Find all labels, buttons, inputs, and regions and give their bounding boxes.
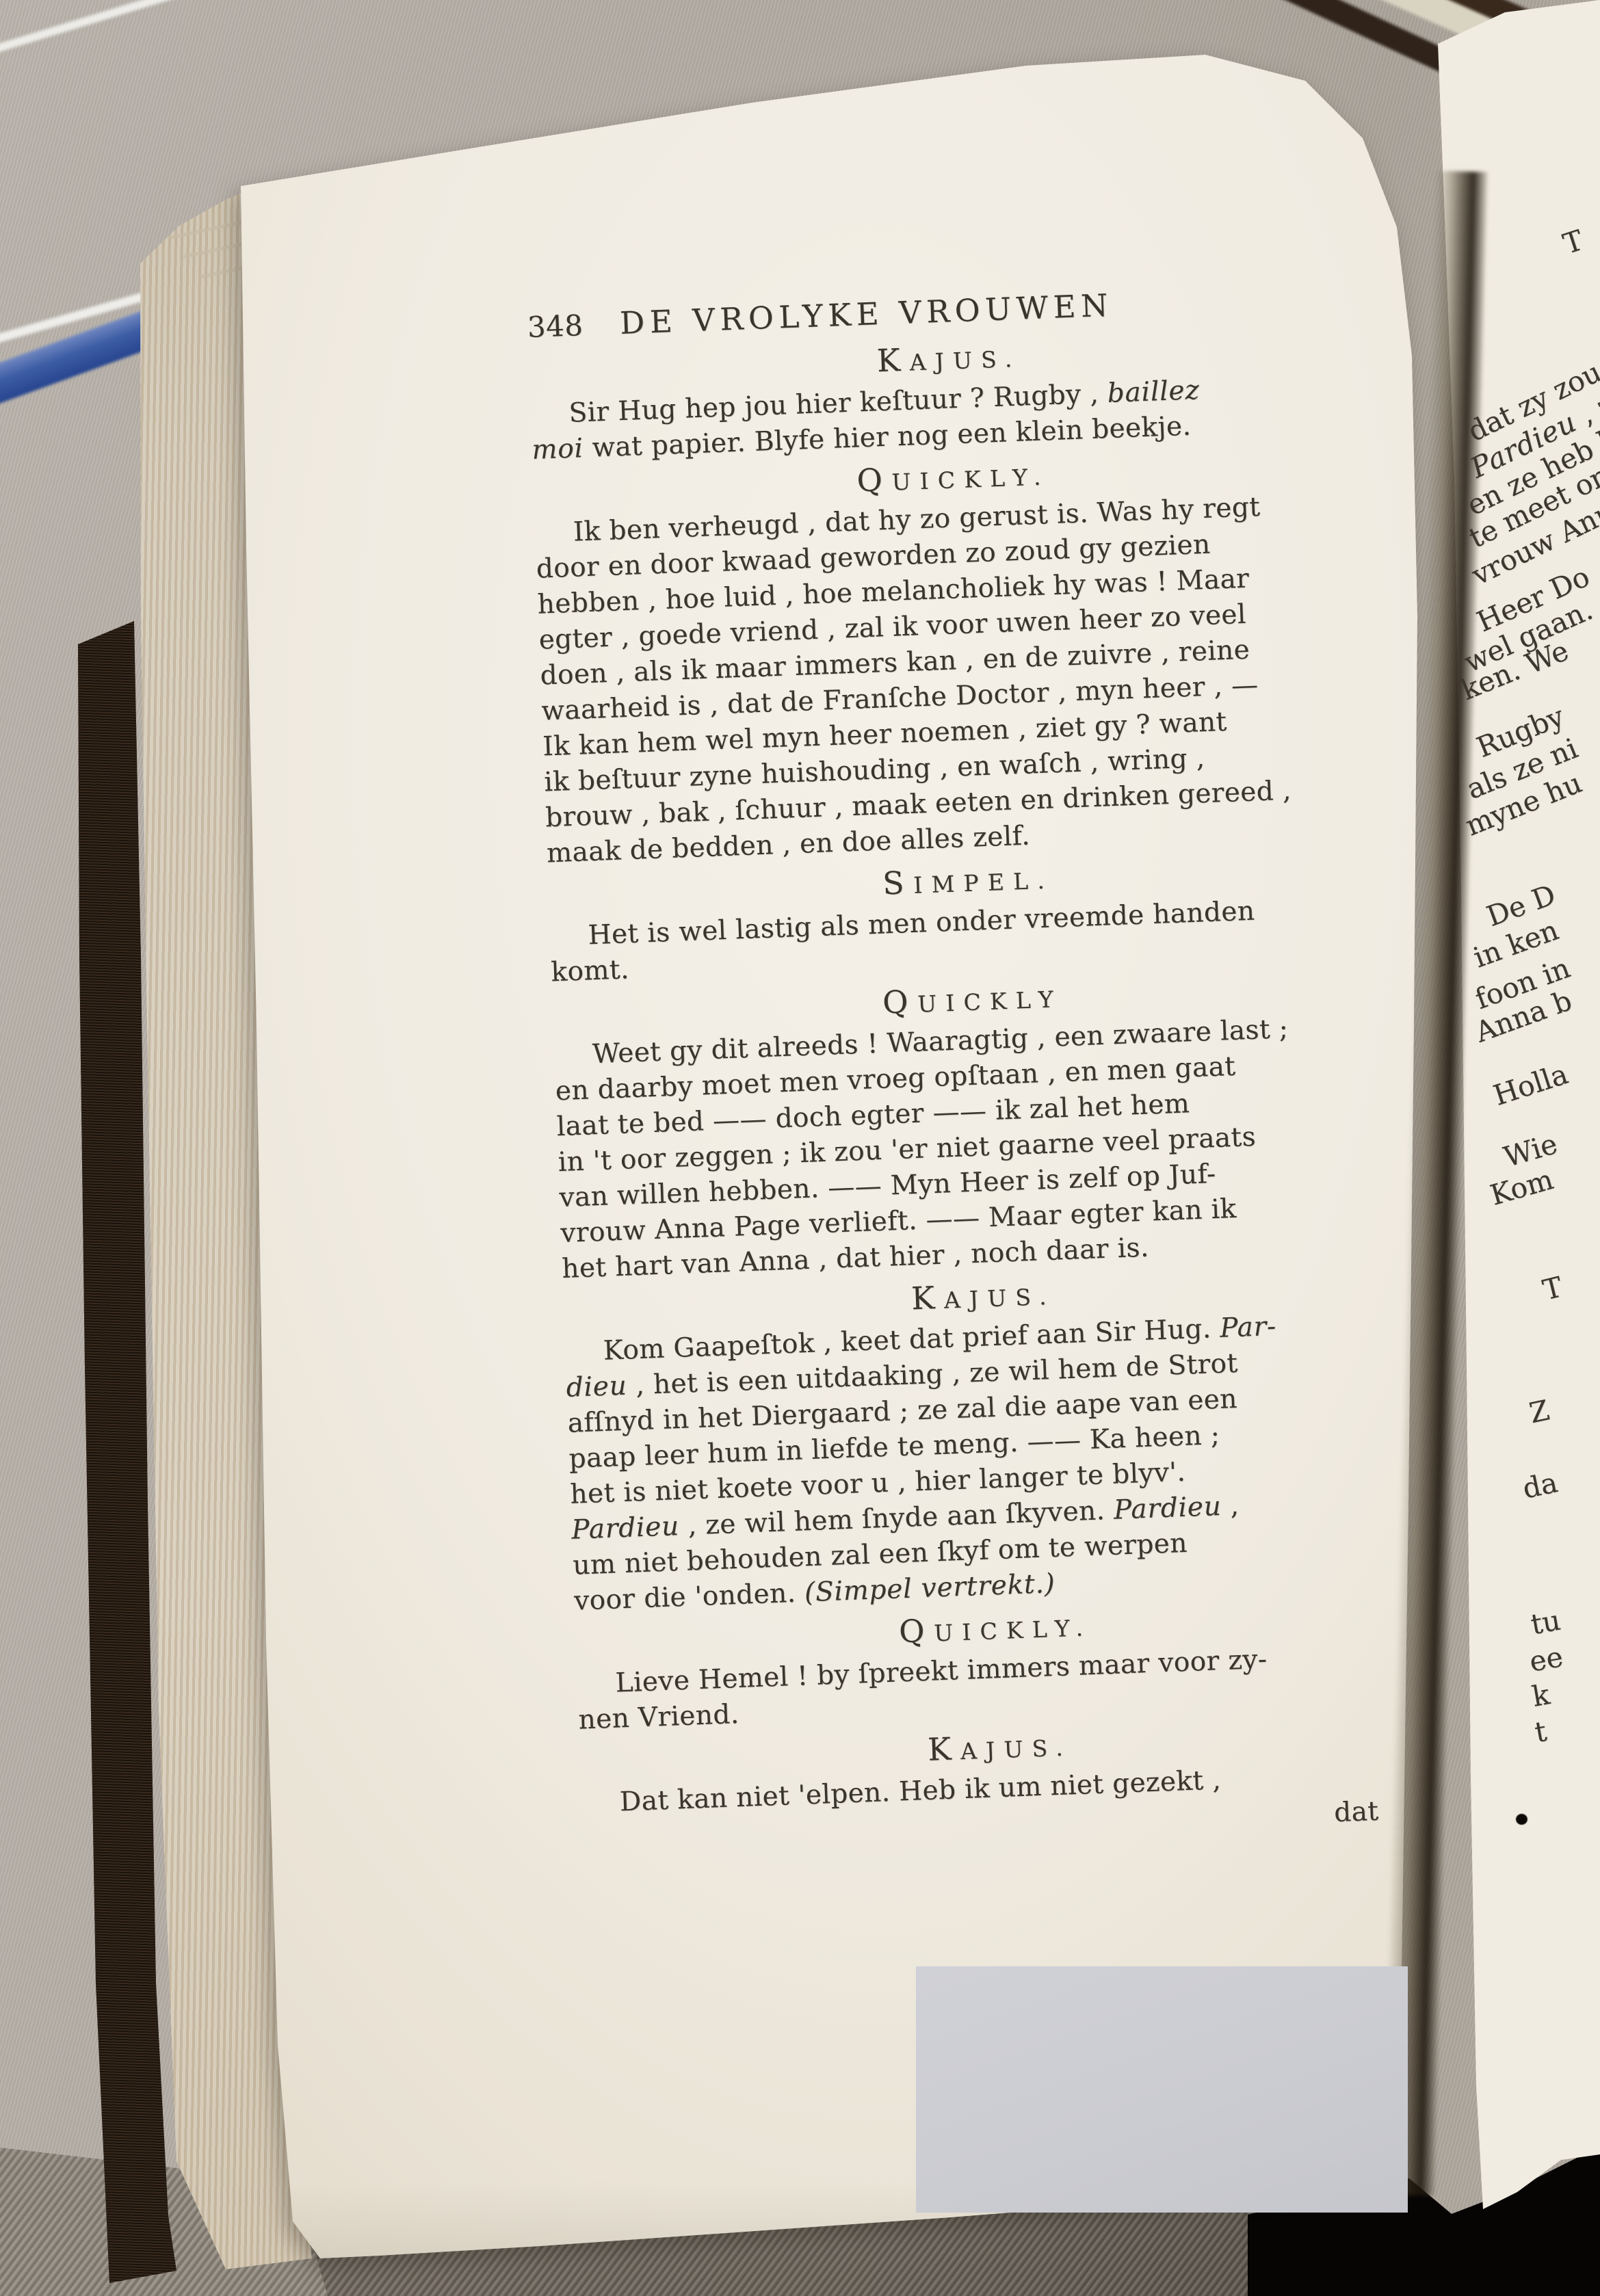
facing-page-text-fragment: Wie [1500,1127,1561,1174]
facing-page-text-fragment: da [1520,1466,1561,1505]
facing-page-text-fragment: Kom [1486,1163,1557,1212]
overlay-patch [916,1966,1408,2213]
facing-page-text-fragment: tu [1528,1604,1563,1641]
facing-page-text-fragment: t [1532,1715,1549,1749]
wormhole-dot [1516,1814,1527,1825]
facing-page-text-fragment: k [1530,1678,1552,1713]
book-photo-scene: 348 DE VROLYKE VROUWEN KAJUS.Sir Hug hep… [0,0,1600,2296]
facing-page-text-fragment: Z [1526,1394,1552,1430]
facing-page-text-fragment: T [1540,1270,1566,1306]
facing-page-fragments: Tdat zy zou kPardieu , zeen ze heb bete … [0,0,1600,2296]
facing-page-text-fragment: Holla [1489,1057,1572,1112]
facing-page-text-fragment: ee [1527,1640,1565,1678]
facing-page-text-fragment: T [1559,224,1587,261]
